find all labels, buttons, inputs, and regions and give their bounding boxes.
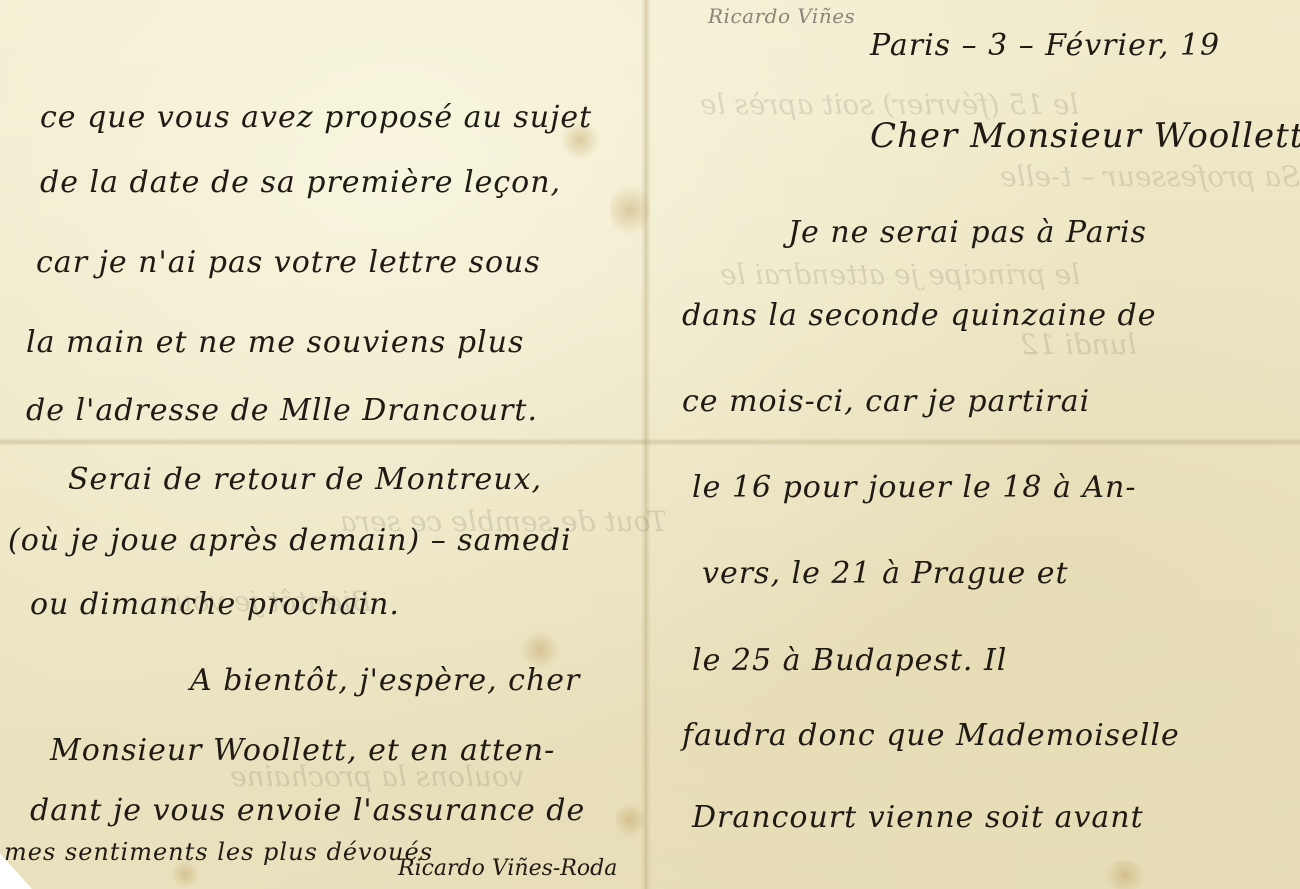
letter-line: Serai de retour de Montreux, xyxy=(68,462,542,497)
letter-line: ou dimanche prochain. xyxy=(30,587,400,622)
letter-line: ce que vous avez proposé au sujet xyxy=(40,100,592,135)
letter-line: le 16 pour jouer le 18 à An- xyxy=(692,470,1137,505)
letter-line: vers, le 21 à Prague et xyxy=(702,556,1069,591)
signature: Ricardo Viñes-Roda xyxy=(398,856,617,881)
right-page: Ricardo Viñes Paris – 3 – Février, 19 Ch… xyxy=(652,0,1300,889)
letter-line: le 25 à Budapest. Il xyxy=(692,643,1007,678)
letter-line: Drancourt vienne soit avant xyxy=(692,800,1144,835)
letter-line: de l'adresse de Mlle Drancourt. xyxy=(26,393,538,428)
dateline: Paris – 3 – Février, 19 xyxy=(870,28,1220,63)
letter-line: faudra donc que Mademoiselle xyxy=(682,718,1180,753)
letter-line: dans la seconde quinzaine de xyxy=(682,298,1156,333)
pencil-annotation: Ricardo Viñes xyxy=(708,4,855,28)
letter-line: la main et ne me souviens plus xyxy=(26,325,524,360)
letter-line: mes sentiments les plus dévoués xyxy=(4,838,433,866)
letter-line: car je n'ai pas votre lettre sous xyxy=(36,245,541,280)
letter-line: Monsieur Woollett, et en atten- xyxy=(50,733,555,768)
letter-line: Je ne serai pas à Paris xyxy=(788,215,1147,250)
letter-sheet: le 15 (février) soit après le 15 mars. S… xyxy=(0,0,1300,889)
letter-line: dant je vous envoie l'assurance de xyxy=(30,793,585,828)
letter-line: de la date de sa première leçon, xyxy=(40,165,561,200)
letter-line: ce mois-ci, car je partirai xyxy=(682,384,1090,419)
letter-line: A bientôt, j'espère, cher xyxy=(190,663,580,698)
salutation: Cher Monsieur Woollett xyxy=(870,116,1300,156)
left-page: ce que vous avez proposé au sujet de la … xyxy=(0,0,640,889)
letter-line: (où je joue après demain) – samedi xyxy=(8,523,572,558)
